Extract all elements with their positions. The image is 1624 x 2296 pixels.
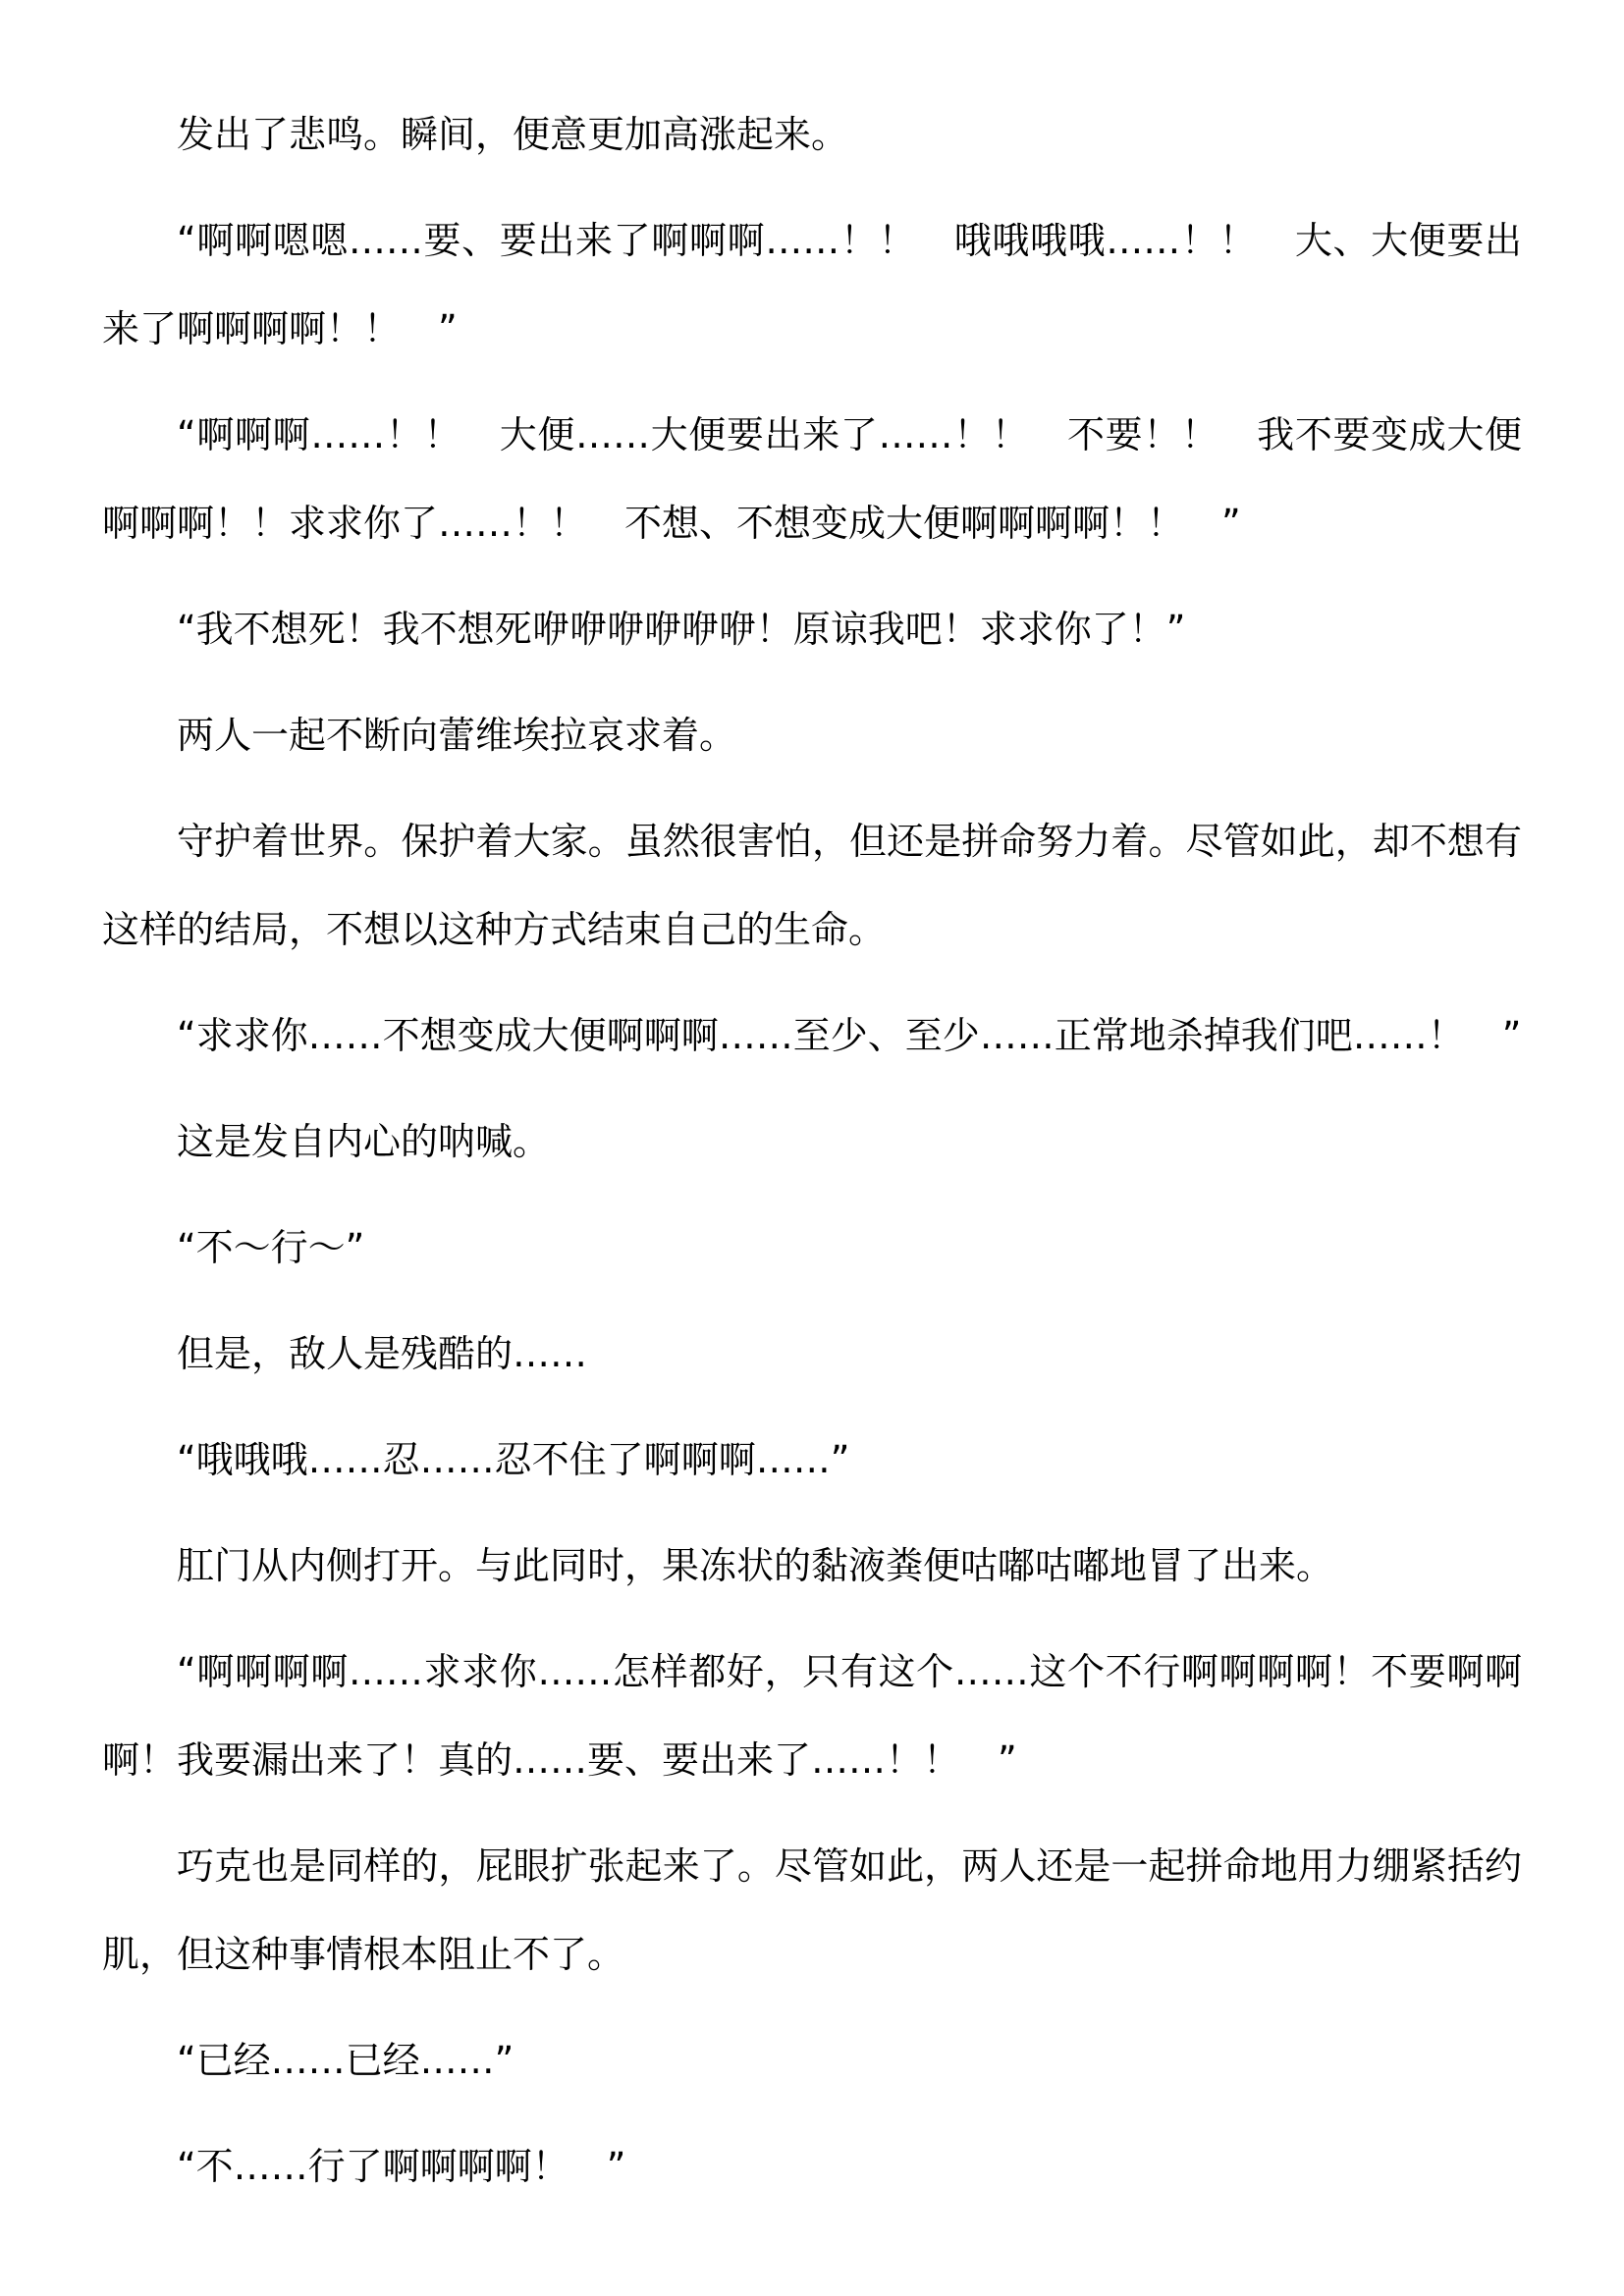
paragraph: 这是发自内心的呐喊。 [102, 1097, 1522, 1186]
document-page: 发出了悲鸣。瞬间，便意更加高涨起来。 “啊啊嗯嗯……要、要出来了啊啊啊……！！ … [0, 0, 1624, 2296]
paragraph: “我不想死！我不想死咿咿咿咿咿咿！原谅我吧！求求你了！” [102, 585, 1522, 673]
paragraph: “已经……已经……” [102, 2016, 1522, 2105]
paragraph: “啊啊啊……！！ 大便……大便要出来了……！！ 不要！！ 我不要变成大便啊啊啊！… [102, 391, 1522, 567]
paragraph: 但是，敌人是残酷的…… [102, 1309, 1522, 1398]
paragraph: 守护着世界。保护着大家。虽然很害怕，但还是拼命努力着。尽管如此，却不想有这样的结… [102, 797, 1522, 974]
paragraph: 肛门从内侧打开。与此同时，果冻状的黏液粪便咕嘟咕嘟地冒了出来。 [102, 1522, 1522, 1610]
paragraph: 巧克也是同样的，屁眼扩张起来了。尽管如此，两人还是一起拼命地用力绷紧括约肌，但这… [102, 1822, 1522, 1999]
paragraph: “啊啊嗯嗯……要、要出来了啊啊啊……！！ 哦哦哦哦……！！ 大、大便要出来了啊啊… [102, 196, 1522, 373]
paragraph: “不……行了啊啊啊啊！ ” [102, 2122, 1522, 2211]
paragraph: “求求你……不想变成大便啊啊啊……至少、至少……正常地杀掉我们吧……！ ” [102, 991, 1522, 1080]
paragraph: “哦哦哦……忍……忍不住了啊啊啊……” [102, 1415, 1522, 1504]
paragraph: 发出了悲鸣。瞬间，便意更加高涨起来。 [102, 90, 1522, 179]
paragraph: 两人一起不断向蕾维埃拉哀求着。 [102, 691, 1522, 779]
paragraph: “啊啊啊啊……求求你……怎样都好，只有这个……这个不行啊啊啊啊！不要啊啊啊！我要… [102, 1628, 1522, 1804]
paragraph: “不～行～” [102, 1203, 1522, 1292]
